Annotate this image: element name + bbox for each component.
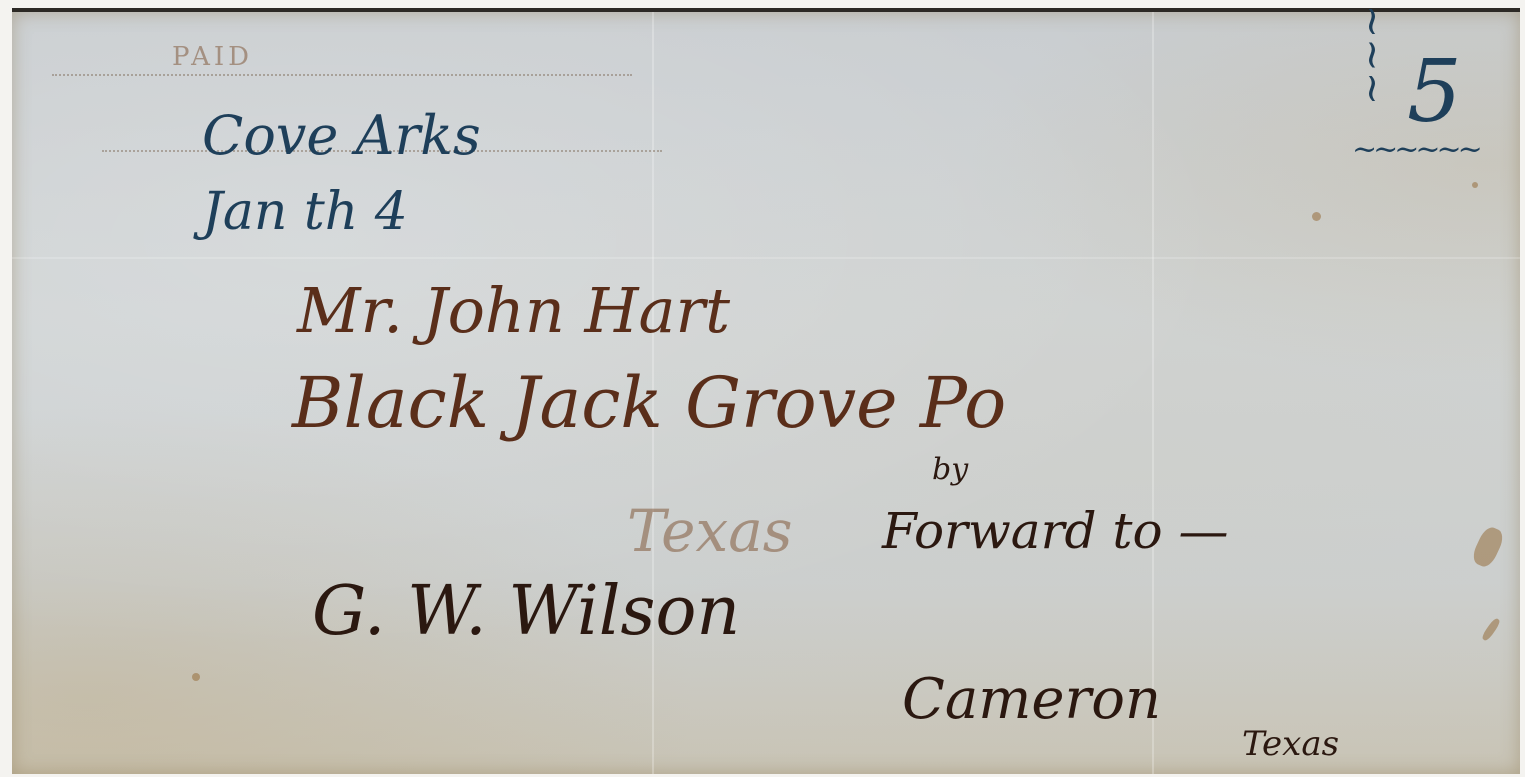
- forward-by: by: [932, 452, 968, 487]
- ink-stain: [1470, 524, 1507, 570]
- postmark-date: Jan th 4: [202, 182, 408, 242]
- fold-crease: [12, 257, 1520, 259]
- address-line-post-office: Black Jack Grove Po: [292, 362, 1006, 444]
- address-line-state: Texas: [627, 497, 793, 565]
- foxing-spot: [1312, 212, 1321, 221]
- faded-handstamp-rule: [52, 74, 632, 78]
- postmark-squiggle: ~~~: [1349, 5, 1395, 106]
- forward-state: Texas: [1242, 724, 1339, 764]
- letter-cover: PAID Cove Arks Jan th 4 ~~~ 5 ~~~~~~ Mr.…: [12, 8, 1520, 774]
- fold-crease: [1152, 12, 1154, 774]
- address-line-name: Mr. John Hart: [297, 274, 730, 347]
- foxing-spot: [1472, 182, 1478, 188]
- rate-underline: ~~~~~~: [1352, 132, 1479, 167]
- ink-stain: [1481, 617, 1502, 642]
- postage-rate: 5: [1407, 42, 1462, 142]
- foxing-spot: [192, 673, 200, 681]
- faded-handstamp: PAID: [172, 42, 253, 72]
- forward-city: Cameron: [902, 667, 1161, 732]
- forward-recipient: G. W. Wilson: [312, 572, 740, 651]
- postmark-origin: Cove Arks: [202, 104, 481, 167]
- forward-note: Forward to —: [882, 502, 1228, 560]
